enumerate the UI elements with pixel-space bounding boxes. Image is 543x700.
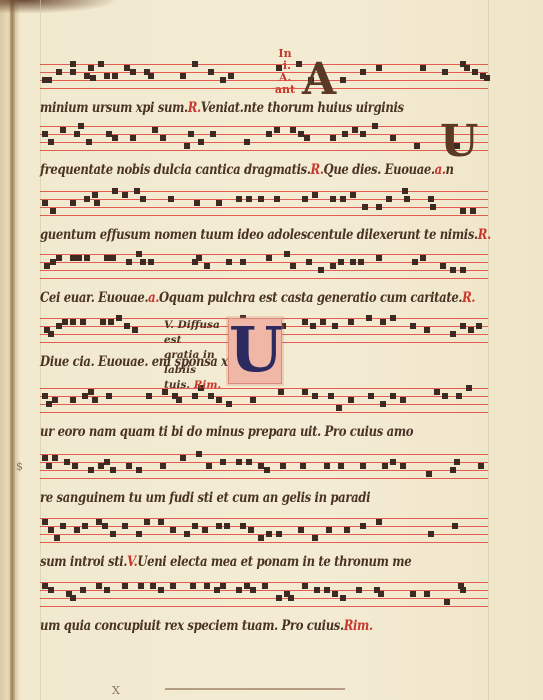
neume-note — [236, 196, 242, 202]
neume-note — [250, 397, 256, 403]
lyric-rubric: Rim. — [344, 618, 373, 634]
neume-note — [150, 583, 156, 589]
lyric-line: Cei euar. Euouae.a.Oquam pulchra est cas… — [40, 290, 475, 306]
neume-note — [144, 519, 150, 525]
neume-note — [312, 535, 318, 541]
neume-note — [274, 196, 280, 202]
neume-note — [122, 523, 128, 529]
music-system: Cei euar. Euouae.a.Oquam pulchra est cas… — [40, 248, 488, 288]
neume-note — [380, 401, 386, 407]
neume-note — [302, 319, 308, 325]
neume-note — [302, 389, 308, 395]
neume-note — [48, 587, 54, 593]
neume-note — [456, 393, 462, 399]
neume-note — [442, 393, 448, 399]
lyric-text: Ueni electa mea et ponam in te thronum m… — [137, 554, 411, 570]
neume-note — [138, 583, 144, 589]
neume-note — [240, 259, 246, 265]
neume-note — [288, 595, 294, 601]
lyric-rubric: R. — [478, 227, 491, 243]
neume-note — [302, 196, 308, 202]
lyric-text: frequentate nobis dulcia cantica dragmat… — [40, 162, 311, 178]
neume-note — [356, 587, 362, 593]
neume-note — [258, 535, 264, 541]
neume-note — [112, 73, 118, 79]
neume-note — [194, 200, 200, 206]
neume-note — [472, 69, 478, 75]
neume-note — [424, 327, 430, 333]
neume-note — [192, 523, 198, 529]
neume-note — [340, 196, 346, 202]
neume-note — [266, 255, 272, 261]
neume-note — [444, 599, 450, 605]
neume-note — [376, 65, 382, 71]
neume-note — [112, 188, 118, 194]
neume-note — [400, 397, 406, 403]
neume-note — [140, 259, 146, 265]
lyric-line: guentum effusum nomen tuum ideo adolesce… — [40, 227, 491, 243]
neume-note — [208, 69, 214, 75]
lyric-line: sum introi sti.V.Ueni electa mea et pona… — [40, 554, 411, 570]
neume-note — [92, 397, 98, 403]
illuminated-initial: U — [228, 318, 282, 384]
neume-note — [450, 467, 456, 473]
neume-note — [348, 397, 354, 403]
neume-note — [358, 259, 364, 265]
neume-note — [376, 255, 382, 261]
lyric-text: re sanguinem tu um fudi sti et cum an ge… — [40, 490, 370, 506]
neume-note — [198, 139, 204, 145]
neume-note — [56, 255, 62, 261]
neume-note — [298, 527, 304, 533]
lyric-text: Que dies. Euouae. — [324, 162, 435, 178]
neume-note — [352, 127, 358, 133]
neume-note — [126, 463, 132, 469]
marginal-mark: $ — [16, 460, 23, 473]
neume-note — [440, 263, 446, 269]
neume-note — [382, 463, 388, 469]
neume-note — [74, 527, 80, 533]
neume-note — [340, 595, 346, 601]
neume-note — [42, 455, 48, 461]
neume-note — [460, 587, 466, 593]
neume-note — [248, 527, 254, 533]
neume-note — [246, 196, 252, 202]
neume-note — [376, 519, 382, 525]
neume-note — [426, 471, 432, 477]
neume-note — [390, 393, 396, 399]
neume-note — [306, 259, 312, 265]
neume-note — [390, 315, 396, 321]
neume-note — [372, 123, 378, 129]
neume-note — [42, 519, 48, 525]
neume-note — [332, 323, 338, 329]
neume-note — [428, 531, 434, 537]
staff-line — [40, 278, 488, 279]
staff-line — [40, 262, 488, 263]
staff — [40, 120, 488, 160]
neume-note — [42, 131, 48, 137]
neume-note — [338, 259, 344, 265]
staff-line — [40, 191, 488, 192]
neume-note — [454, 459, 460, 465]
neume-note — [318, 267, 324, 273]
neume-note — [360, 131, 366, 137]
staff-line — [40, 412, 488, 413]
neume-note — [280, 463, 286, 469]
neume-note — [276, 595, 282, 601]
neume-note — [276, 65, 282, 71]
neume-note — [330, 135, 336, 141]
decorated-initial: U — [440, 116, 478, 167]
neume-note — [420, 65, 426, 71]
neume-note — [350, 192, 356, 198]
neume-note — [190, 583, 196, 589]
neume-note — [62, 319, 68, 325]
neume-note — [220, 77, 226, 83]
neume-note — [104, 73, 110, 79]
neume-note — [236, 459, 242, 465]
neume-note — [402, 188, 408, 194]
neume-note — [88, 467, 94, 473]
staff-line — [40, 606, 488, 607]
neume-note — [250, 587, 256, 593]
neume-note — [152, 127, 158, 133]
staff-line — [40, 207, 488, 208]
lyric-rubric: a. — [148, 290, 159, 306]
verse-line-3: tuis. — [164, 379, 190, 391]
neume-note — [70, 319, 76, 325]
lyric-rubric: R. — [188, 100, 201, 116]
neume-note — [206, 463, 212, 469]
neume-note — [136, 251, 142, 257]
neume-note — [246, 459, 252, 465]
neume-note — [414, 143, 420, 149]
neume-note — [428, 196, 434, 202]
neume-note — [332, 591, 338, 597]
neume-note — [94, 200, 100, 206]
neume-note — [70, 69, 76, 75]
neume-note — [112, 135, 118, 141]
neume-note — [304, 135, 310, 141]
neume-note — [48, 527, 54, 533]
neume-note — [274, 127, 280, 133]
neume-note — [380, 319, 386, 325]
neume-note — [344, 527, 350, 533]
neume-note — [148, 259, 154, 265]
neume-note — [204, 583, 210, 589]
neume-note — [72, 463, 78, 469]
neume-note — [148, 73, 154, 79]
neume-note — [220, 583, 226, 589]
neume-note — [340, 77, 346, 83]
music-system: frequentate nobis dulcia cantica dragmat… — [40, 120, 488, 160]
lyric-line: ur eoro nam quam ti bi do minus prepara … — [40, 424, 413, 440]
neume-note — [476, 323, 482, 329]
music-system: ur eoro nam quam ti bi do minus prepara … — [40, 382, 488, 422]
binding-gutter — [10, 0, 15, 700]
neume-note — [216, 397, 222, 403]
neume-note — [88, 65, 94, 71]
neume-note — [484, 75, 490, 81]
neume-note — [130, 69, 136, 75]
lyric-line: um quia concupiuit rex speciem tuam. Pro… — [40, 618, 373, 634]
neume-note — [122, 583, 128, 589]
neume-note — [184, 531, 190, 537]
lyric-text: Diue cia. Euouae. — [40, 354, 148, 370]
neume-note — [328, 393, 334, 399]
neume-note — [54, 535, 60, 541]
verse-line-1: V. Diffusa est — [164, 318, 230, 348]
neume-note — [116, 315, 122, 321]
neume-note — [302, 583, 308, 589]
neume-note — [290, 263, 296, 269]
neume-note — [226, 401, 232, 407]
neume-note — [464, 65, 470, 71]
neume-note — [442, 69, 448, 75]
neume-note — [470, 208, 476, 214]
neume-note — [192, 393, 198, 399]
neume-note — [64, 459, 70, 465]
staff — [40, 382, 488, 422]
neume-note — [210, 131, 216, 137]
next-page-staff-fragment — [165, 688, 345, 690]
neume-note — [410, 323, 416, 329]
staff — [40, 512, 488, 552]
lyric-text: Cei euar. Euouae. — [40, 290, 148, 306]
lyric-text: ciem tu — [208, 618, 255, 634]
neume-note — [262, 583, 268, 589]
neume-note — [168, 196, 174, 202]
neume-note — [124, 323, 130, 329]
neume-note — [324, 587, 330, 593]
manuscript-page: In .i. A. ant minium ursum xpi sum.R.Ven… — [0, 0, 543, 700]
lyric-text: guentum effusum nomen tuum ideo adolesce… — [40, 227, 478, 243]
neume-note — [300, 463, 306, 469]
right-ruling-line — [488, 0, 489, 700]
neume-note — [136, 531, 142, 537]
neume-note — [92, 192, 98, 198]
neume-note — [170, 583, 176, 589]
neume-note — [132, 327, 138, 333]
neume-note — [314, 587, 320, 593]
neume-note — [324, 463, 330, 469]
lyric-text: am. Pro cuius. — [255, 618, 344, 634]
staff-line — [40, 404, 488, 405]
neume-note — [220, 459, 226, 465]
neume-note — [146, 393, 152, 399]
neume-note — [180, 73, 186, 79]
neume-note — [100, 319, 106, 325]
neume-note — [88, 389, 94, 395]
neume-note — [468, 327, 474, 333]
lyric-text: sum introi sti. — [40, 554, 127, 570]
neume-note — [216, 200, 222, 206]
neume-note — [312, 393, 318, 399]
music-system: guentum effusum nomen tuum ideo adolesce… — [40, 185, 488, 225]
verse-rubric: Rim. — [194, 379, 221, 391]
neume-note — [160, 135, 166, 141]
neume-note — [404, 196, 410, 202]
music-system: re sanguinem tu um fudi sti et cum an ge… — [40, 448, 488, 488]
staff-line — [40, 388, 488, 389]
neume-note — [224, 523, 230, 529]
staff-line — [40, 270, 488, 271]
neume-note — [386, 196, 392, 202]
neume-note — [104, 459, 110, 465]
neume-note — [478, 463, 484, 469]
neume-note — [330, 196, 336, 202]
neume-note — [410, 591, 416, 597]
neume-note — [244, 139, 250, 145]
neume-note — [140, 196, 146, 202]
neume-note — [110, 255, 116, 261]
neume-note — [106, 393, 112, 399]
neume-note — [70, 61, 76, 67]
neume-note — [424, 591, 430, 597]
neume-note — [228, 73, 234, 79]
neume-note — [70, 397, 76, 403]
neume-note — [176, 397, 182, 403]
neume-note — [312, 192, 318, 198]
neume-note — [60, 523, 66, 529]
neume-note — [350, 259, 356, 265]
neume-note — [258, 196, 264, 202]
neume-note — [378, 591, 384, 597]
lyric-text: Veniat. — [201, 100, 244, 116]
neume-note — [42, 200, 48, 206]
neume-note — [180, 455, 186, 461]
neume-note — [450, 331, 456, 337]
neume-note — [278, 389, 284, 395]
neume-note — [42, 393, 48, 399]
staff-line — [40, 142, 488, 143]
neume-note — [336, 405, 342, 411]
neume-note — [376, 204, 382, 210]
neume-note — [192, 61, 198, 67]
neume-note — [80, 319, 86, 325]
neume-note — [96, 583, 102, 589]
neume-note — [368, 393, 374, 399]
staff-line — [40, 215, 488, 216]
neume-note — [450, 267, 456, 273]
neume-note — [196, 451, 202, 457]
lyric-text: minium ursum xpi sum. — [40, 100, 188, 116]
staff-line — [40, 454, 488, 455]
neume-note — [330, 263, 336, 269]
staff-line — [40, 534, 488, 535]
neume-note — [360, 523, 366, 529]
neume-note — [84, 196, 90, 202]
neume-note — [184, 143, 190, 149]
staff-line — [40, 150, 488, 151]
neume-note — [310, 323, 316, 329]
staff-line — [40, 598, 488, 599]
neume-note — [390, 135, 396, 141]
neume-note — [86, 139, 92, 145]
neume-note — [60, 127, 66, 133]
lyric-rubric: V. — [127, 554, 137, 570]
music-system: sum introi sti.V.Ueni electa mea et pona… — [40, 512, 488, 552]
neume-note — [110, 467, 116, 473]
neume-note — [104, 587, 110, 593]
lyric-text: ur eoro nam quam ti bi do minus prepara … — [40, 424, 413, 440]
neume-note — [204, 263, 210, 269]
neume-note — [320, 319, 326, 325]
neume-note — [48, 139, 54, 145]
neume-note — [276, 531, 282, 537]
neume-note — [264, 467, 270, 473]
page-shadow — [0, 0, 120, 14]
staff — [40, 185, 488, 225]
staff-line — [40, 88, 488, 89]
bottom-marginal-mark: X — [112, 684, 120, 697]
neume-note — [46, 77, 52, 83]
neume-note — [460, 267, 466, 273]
neume-note — [342, 131, 348, 137]
lyric-line: frequentate nobis dulcia cantica dragmat… — [40, 162, 454, 178]
neume-note — [236, 587, 242, 593]
decorated-initial: A — [302, 54, 336, 105]
staff-line — [40, 126, 488, 127]
staff — [40, 58, 488, 98]
neume-note — [460, 323, 466, 329]
neume-note — [338, 463, 344, 469]
neume-note — [82, 523, 88, 529]
lyric-initial: O — [159, 290, 169, 306]
neume-note — [326, 527, 332, 533]
neume-note — [126, 259, 132, 265]
neume-note — [134, 188, 140, 194]
neume-note — [46, 463, 52, 469]
neume-note — [136, 467, 142, 473]
staff-line — [40, 478, 488, 479]
neume-note — [226, 259, 232, 265]
staff-line — [40, 80, 488, 81]
neume-note — [400, 463, 406, 469]
neume-note — [208, 393, 214, 399]
neume-note — [360, 463, 366, 469]
neume-note — [158, 587, 164, 593]
neume-note — [240, 523, 246, 529]
neume-note — [202, 527, 208, 533]
neume-note — [390, 459, 396, 465]
neume-note — [48, 331, 54, 337]
neume-note — [266, 531, 272, 537]
neume-note — [108, 319, 114, 325]
neume-note — [452, 523, 458, 529]
staff — [40, 448, 488, 488]
neume-note — [158, 519, 164, 525]
music-system: minium ursum xpi sum.R.Veniat.nte thorum… — [40, 58, 488, 98]
neume-note — [188, 131, 194, 137]
neume-note — [362, 204, 368, 210]
neume-note — [412, 259, 418, 265]
neume-note — [90, 75, 96, 81]
lyric-rubric: R. — [311, 162, 324, 178]
neume-note — [52, 455, 58, 461]
neume-note — [434, 389, 440, 395]
neume-note — [348, 319, 354, 325]
neume-note — [76, 255, 82, 261]
neume-note — [70, 595, 76, 601]
staff — [40, 248, 488, 288]
verse-line-2: gratia in labiis — [164, 348, 230, 378]
neume-note — [460, 208, 466, 214]
staff-line — [40, 518, 488, 519]
lyric-line: re sanguinem tu um fudi sti et cum an ge… — [40, 490, 370, 506]
neume-note — [122, 192, 128, 198]
